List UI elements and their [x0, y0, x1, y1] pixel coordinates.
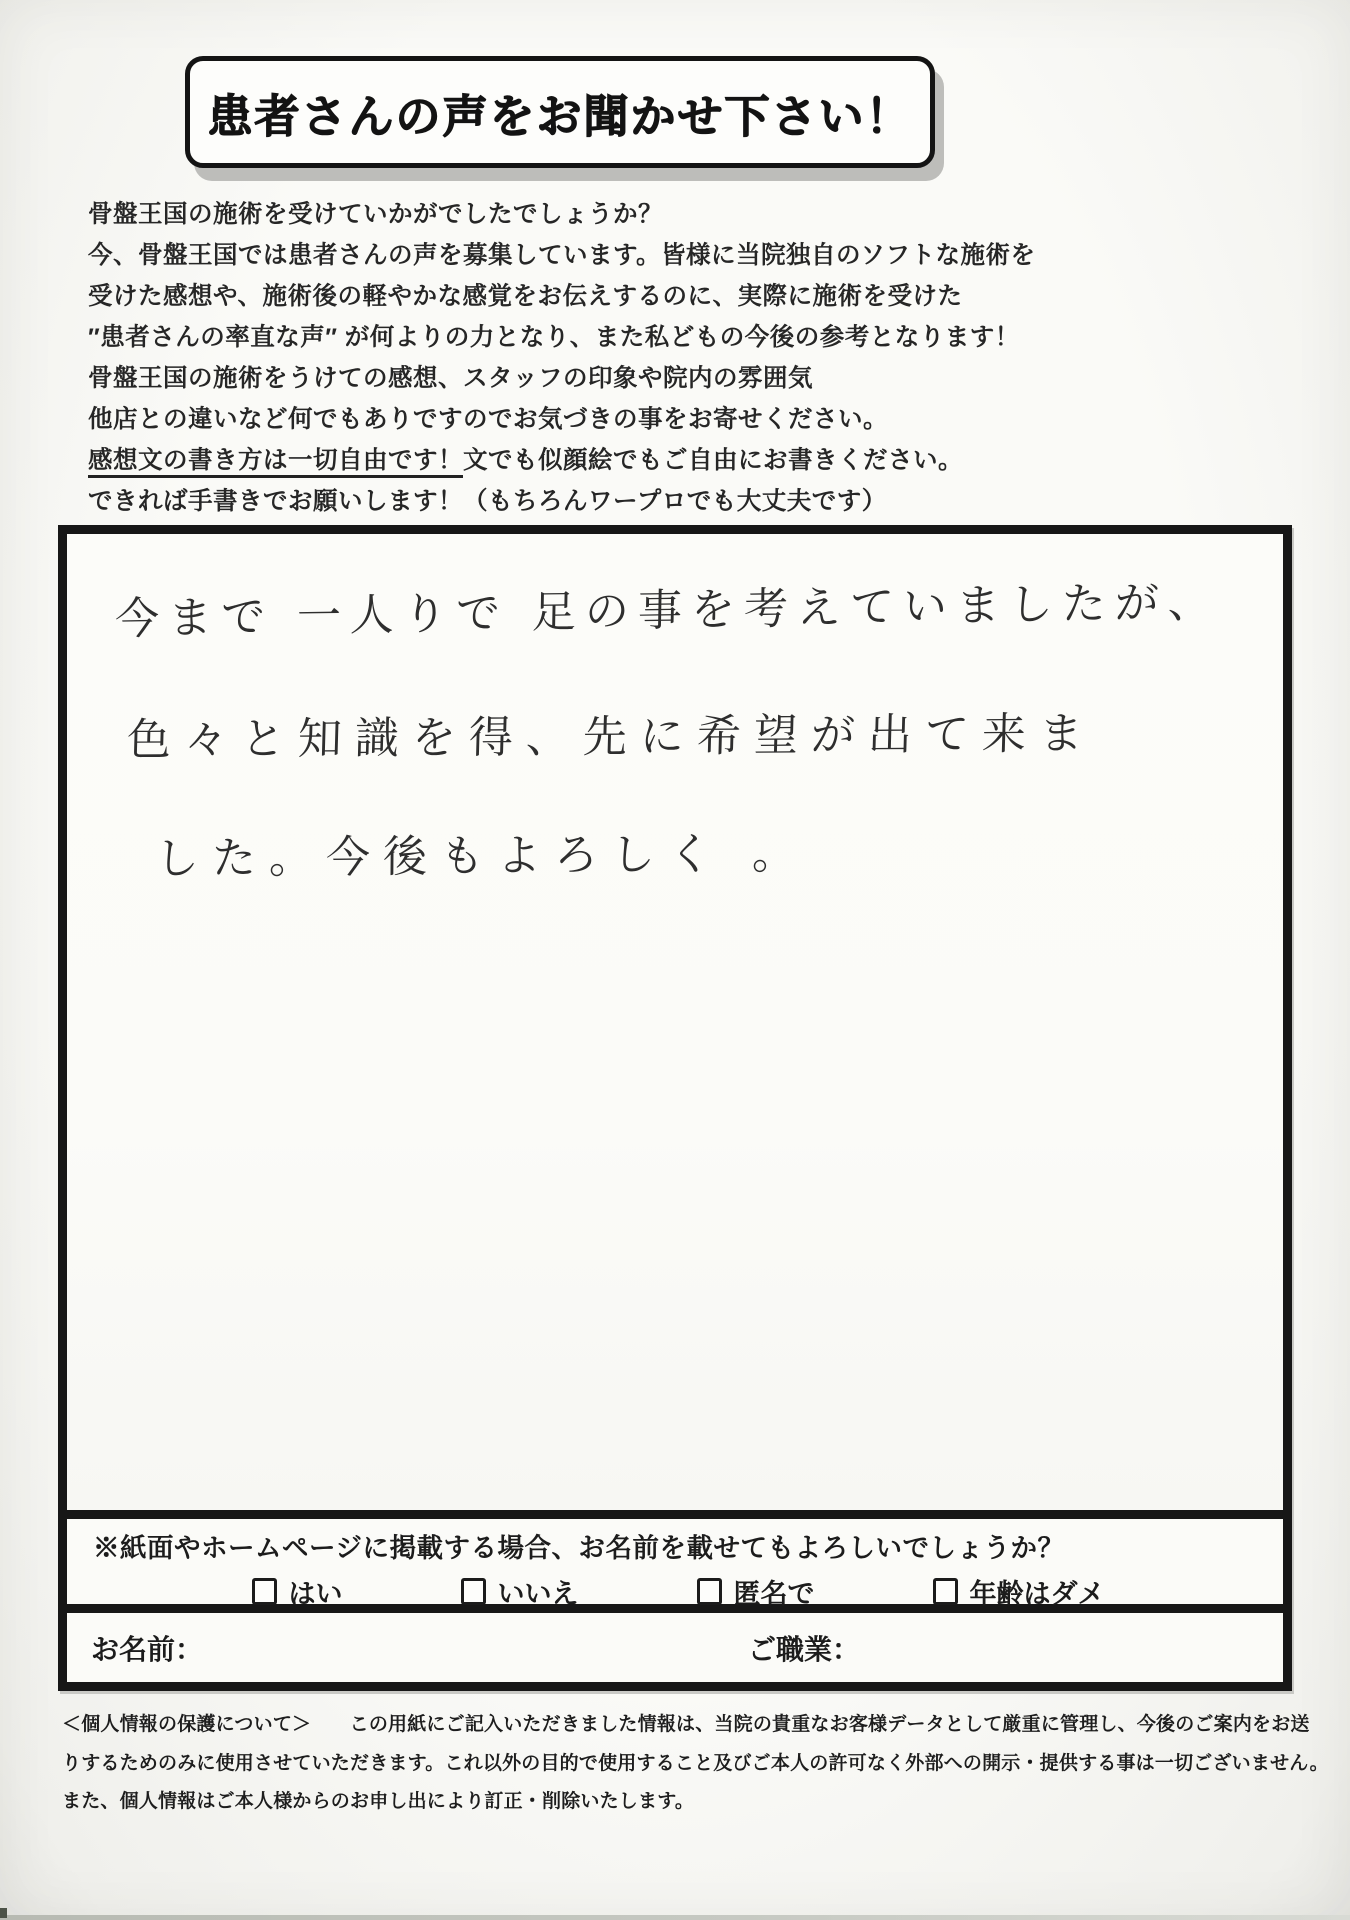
intro-paragraph: 骨盤王国の施術を受けていかがでしたでしょうか？ 今、骨盤王国では患者さんの声を募…	[88, 194, 1088, 522]
checkbox-anonymous-icon[interactable]	[697, 1578, 722, 1605]
handwritten-line: した。今後もよろしく 。	[155, 813, 1254, 887]
handwritten-line: 色々と知識を得、先に希望が出て来ま	[126, 696, 1254, 768]
option-anonymous[interactable]: 匿名で	[697, 1572, 815, 1611]
privacy-notice: ＜個人情報の保護について＞ この用紙にご記入いただきました情報は、当院の貴重なお…	[62, 1706, 1302, 1822]
scanned-feedback-form: 患者さんの声をお聞かせ下さい！ 骨盤王国の施術を受けていかがでしたでしょうか？ …	[0, 0, 1350, 1920]
feedback-form-box: 今まで 一人りで 足の事を考えていましたが、 色々と知識を得、先に希望が出て来ま…	[58, 525, 1292, 1691]
option-no-age[interactable]: 年齢はダメ	[933, 1572, 1105, 1611]
checkbox-no-icon[interactable]	[461, 1578, 486, 1605]
privacy-line: ＜個人情報の保護について＞ この用紙にご記入いただきました情報は、当院の貴重なお…	[62, 1706, 1302, 1745]
checkbox-no-age-icon[interactable]	[933, 1578, 958, 1605]
intro-line: ″患者さんの率直な声″ が何よりの力となり、また私どもの今後の参考となります！	[88, 317, 1088, 358]
intro-line: 骨盤王国の施術を受けていかがでしたでしょうか？	[88, 194, 1088, 235]
option-label-no: いいえ	[498, 1572, 579, 1611]
publish-consent-question: ※紙面やホームページに掲載する場合、お名前を載せてもよろしいでしょうか？	[93, 1526, 1263, 1565]
option-yes[interactable]: はい	[252, 1572, 343, 1611]
privacy-line: また、個人情報はご本人様からのお申し出により訂正・削除いたします。	[62, 1783, 1302, 1822]
scan-edge-mark	[0, 1908, 7, 1918]
publish-consent-section: ※紙面やホームページに掲載する場合、お名前を載せてもよろしいでしょうか？ はい …	[67, 1510, 1283, 1604]
intro-line: 骨盤王国の施術をうけての感想、スタッフの印象や院内の雰囲気	[88, 358, 1088, 399]
intro-line: 他店との違いなど何でもありですのでお気づきの事をお寄せください。	[88, 399, 1088, 440]
form-title-box: 患者さんの声をお聞かせ下さい！	[185, 56, 935, 168]
privacy-line: りするためのみに使用させていただきます。これ以外の目的で使用すること及びご本人の…	[62, 1745, 1302, 1784]
name-field[interactable]	[203, 1623, 748, 1671]
identity-section: お名前： ご職業：	[67, 1604, 1283, 1682]
intro-underline-rest: 文でも似顔絵でもご自由にお書きください。	[463, 447, 963, 474]
form-title: 患者さんの声をお聞かせ下さい！	[207, 80, 912, 145]
intro-line: 今、骨盤王国では患者さんの声を募集しています。皆様に当院独自のソフトな施術を	[88, 235, 1088, 276]
intro-underlined-text: 感想文の書き方は一切自由です！	[88, 447, 463, 478]
option-label-yes: はい	[289, 1572, 343, 1611]
option-no[interactable]: いいえ	[461, 1572, 579, 1611]
intro-line: 受けた感想や、施術後の軽やかな感覚をお伝えするのに、実際に施術を受けた	[88, 276, 1088, 317]
intro-line: できれば手書きでお願いします！（もちろんワープロでも大丈夫です）	[88, 481, 1088, 522]
scan-bottom-edge	[0, 1915, 1350, 1920]
intro-line-underlined: 感想文の書き方は一切自由です！文でも似顔絵でもご自由にお書きください。	[88, 440, 1088, 481]
occupation-label: ご職業：	[748, 1628, 860, 1668]
option-label-anonymous: 匿名で	[734, 1572, 815, 1611]
option-label-no-age: 年齢はダメ	[970, 1572, 1105, 1611]
checkbox-yes-icon[interactable]	[252, 1578, 277, 1605]
name-label: お名前：	[91, 1628, 203, 1668]
occupation-field[interactable]	[860, 1623, 1259, 1671]
feedback-writing-area[interactable]: 今まで 一人りで 足の事を考えていましたが、 色々と知識を得、先に希望が出て来ま…	[67, 534, 1283, 1510]
handwritten-line: 今まで 一人りで 足の事を考えていましたが、	[114, 565, 1253, 647]
